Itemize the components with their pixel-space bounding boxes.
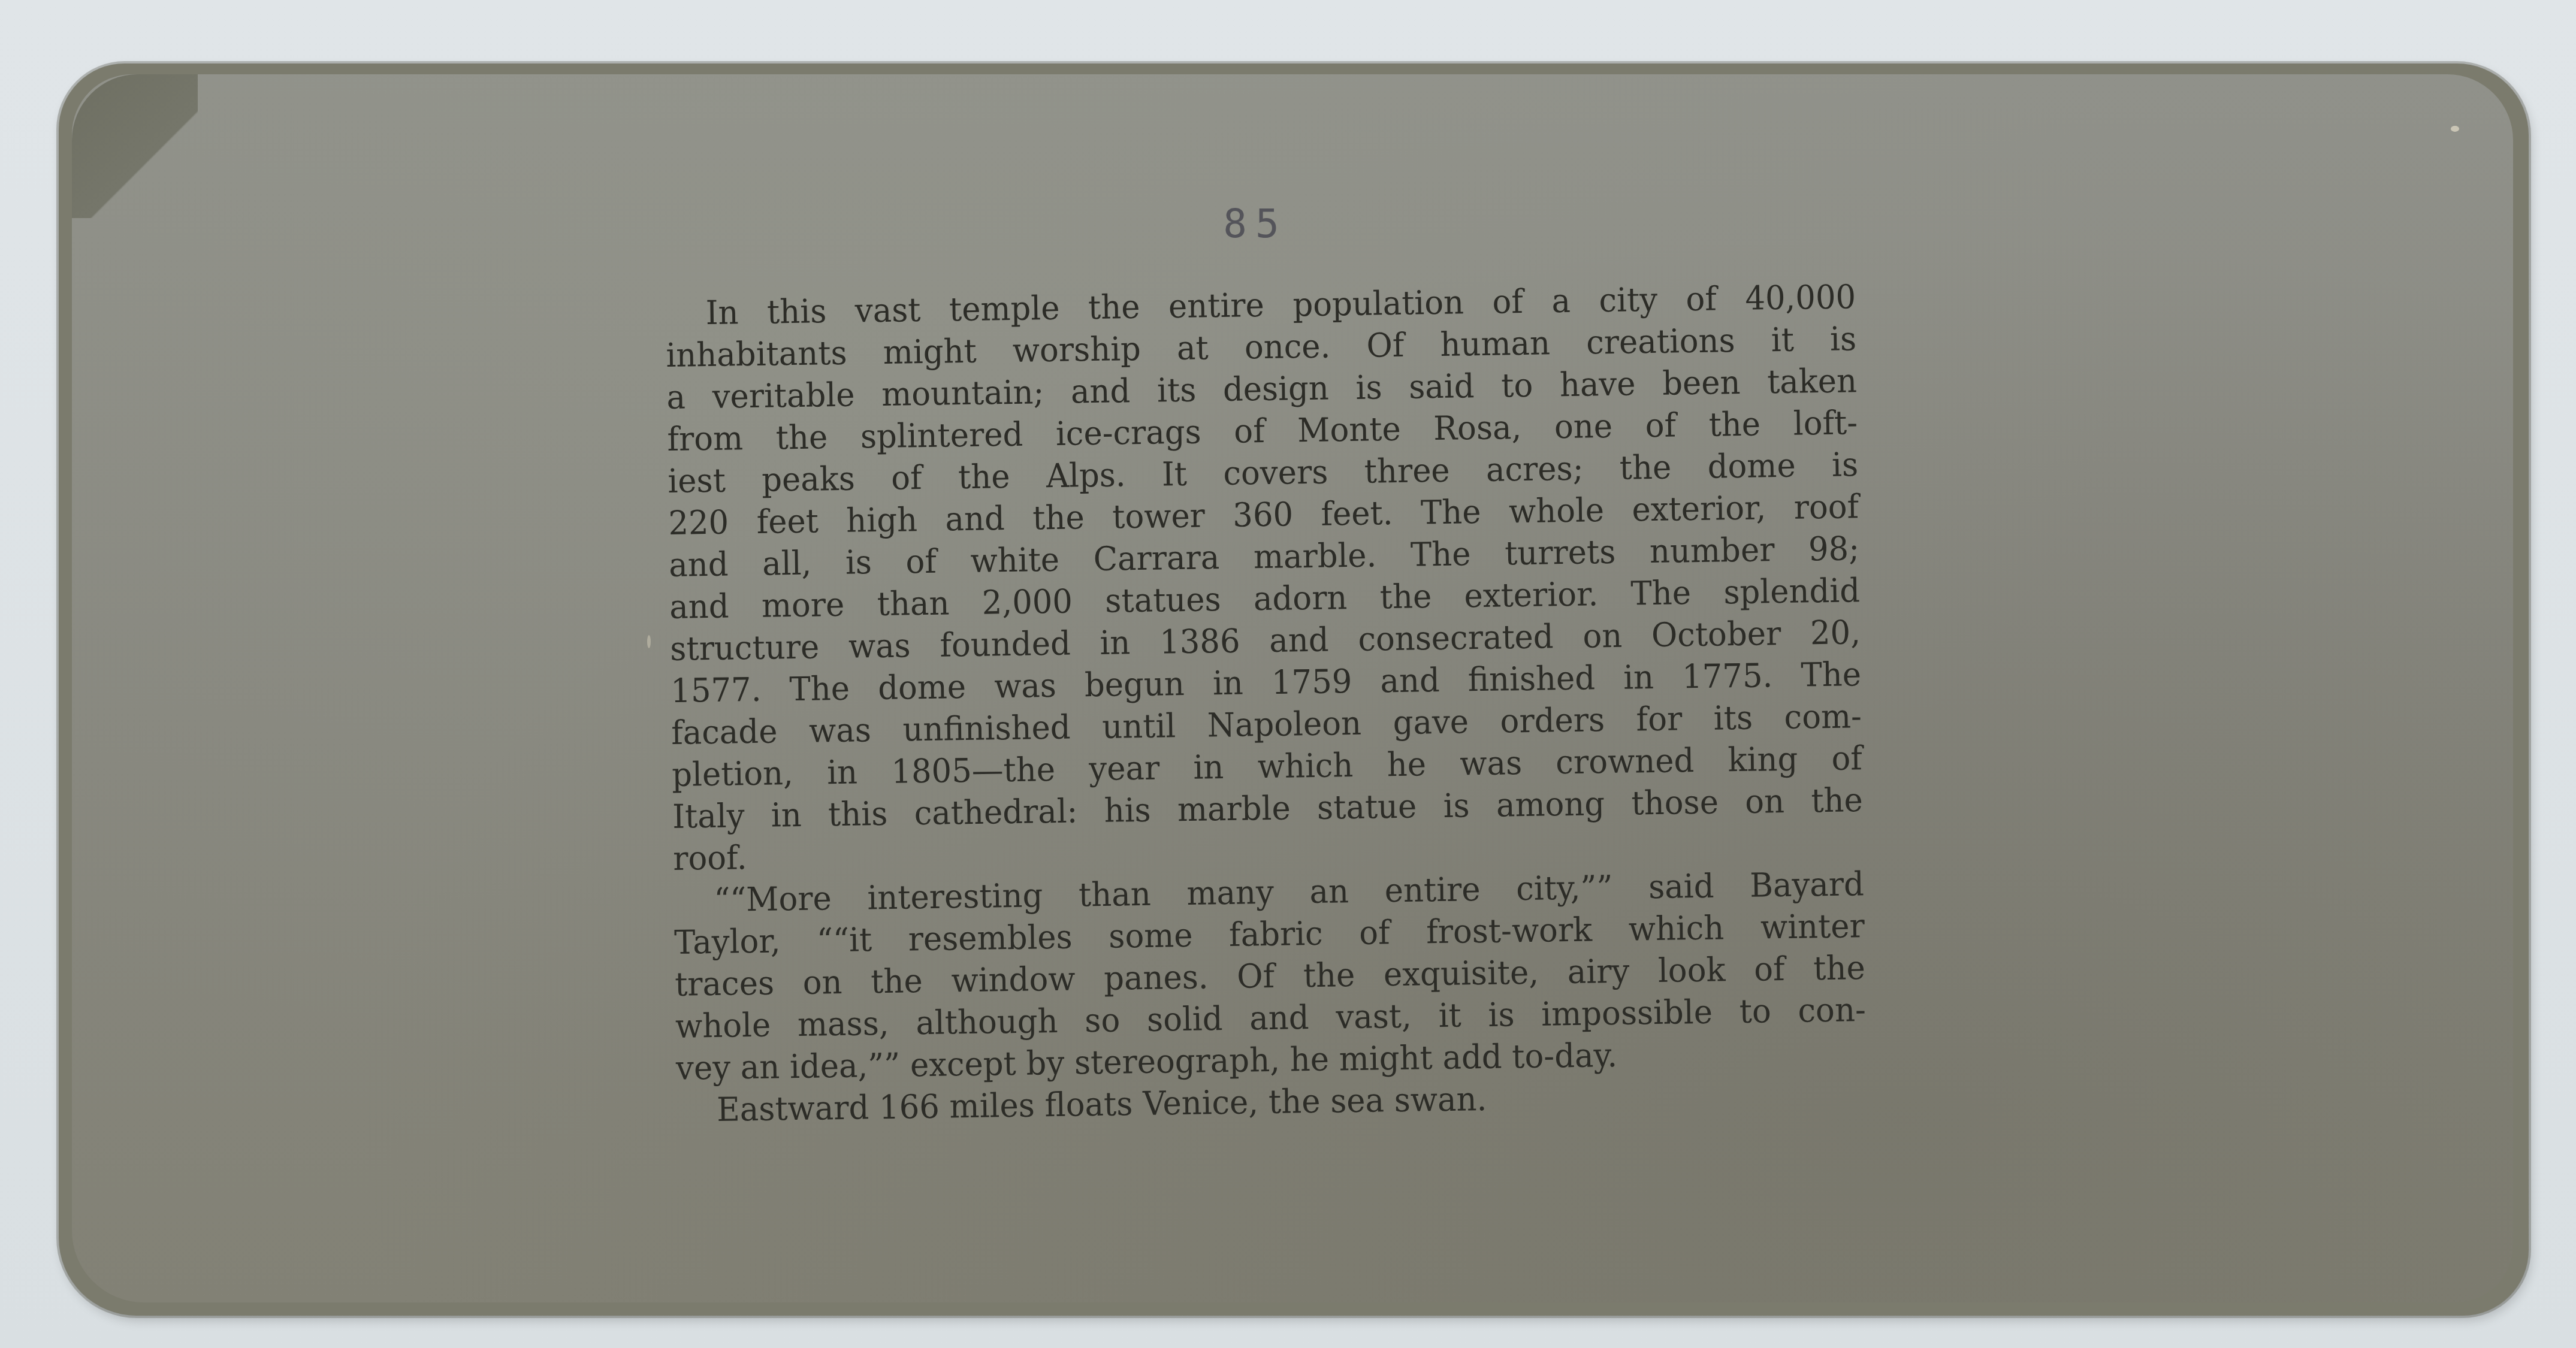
card-description: In this vast temple the entire populatio… — [665, 276, 1869, 1131]
page-number: 85 — [1216, 201, 1294, 247]
paper-blemish — [2451, 126, 2459, 132]
worn-corner — [72, 74, 198, 218]
paper-blemish — [647, 635, 651, 648]
